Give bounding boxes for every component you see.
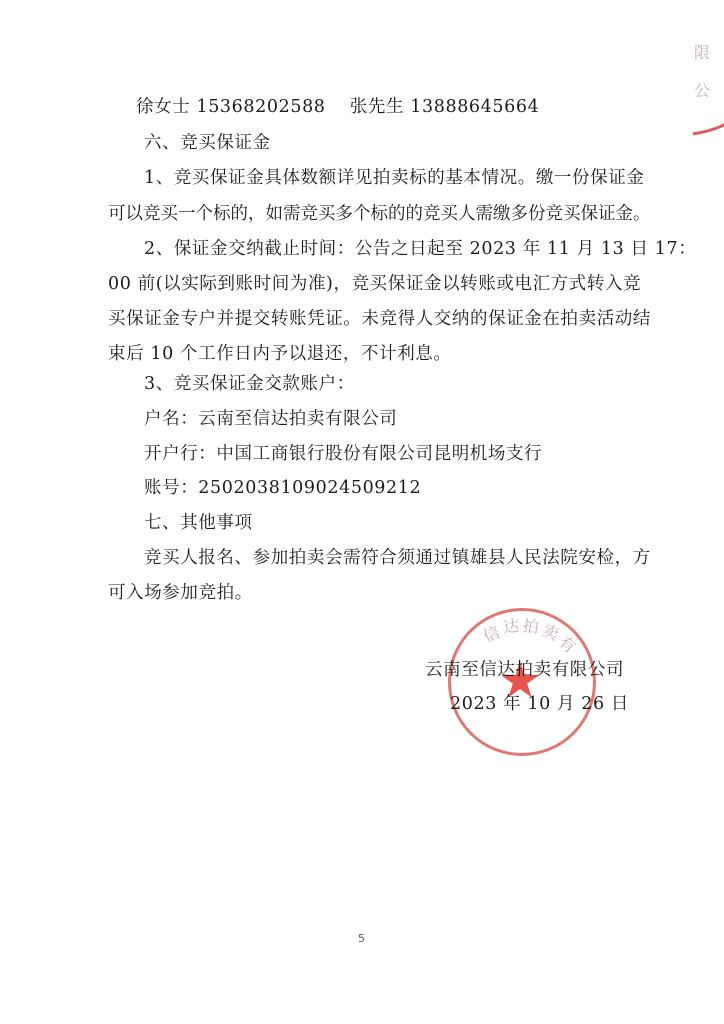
section6-heading: 六、竞买保证金 <box>144 131 271 155</box>
seal-fragment-char: 公 <box>694 78 710 101</box>
signature-date: 2023 年 10 月 26 日 <box>450 690 629 715</box>
page-number: 5 <box>358 932 365 945</box>
item2-line3: 买保证金专户并提交转账凭证。未竞得人交纳的保证金在拍卖活动结 <box>108 307 651 331</box>
item2-line1: 2、保证金交纳截止时间：公告之日起至 2023 年 11 月 13 日 17： <box>144 237 696 261</box>
item3-heading: 3、竞买保证金交款账户： <box>144 372 355 396</box>
account-number: 账号：2502038109024509212 <box>144 476 421 500</box>
bank-name: 开户行：中国工商银行股份有限公司昆明机场支行 <box>144 442 542 466</box>
item1-line2: 可以竞买一个标的，如需竞买多个标的的竞买人需缴多份竞买保证金。 <box>108 202 651 226</box>
item2-line4: 束后 10 个工作日内予以退还，不计利息。 <box>108 342 452 366</box>
seal-fragment-char: 限 <box>694 40 710 63</box>
section7-line1: 竞买人报名、参加拍卖会需符合须通过镇雄县人民法院安检，方 <box>144 546 651 570</box>
item2-line2: 00 前(以实际到账时间为准)，竞买保证金以转账或电汇方式转入竞 <box>108 272 641 296</box>
account-name: 户名：云南至信达拍卖有限公司 <box>144 407 397 431</box>
signature-company: 云南至信达拍卖有限公司 <box>425 656 624 681</box>
section7-heading: 七、其他事项 <box>144 511 253 535</box>
contacts-line: 徐女士 15368202588 张先生 13888645664 <box>136 95 539 119</box>
section7-line2: 可入场参加竞拍。 <box>108 581 253 605</box>
item1-line1: 1、竞买保证金具体数额详见拍卖标的基本情况。缴一份保证金 <box>144 166 644 190</box>
